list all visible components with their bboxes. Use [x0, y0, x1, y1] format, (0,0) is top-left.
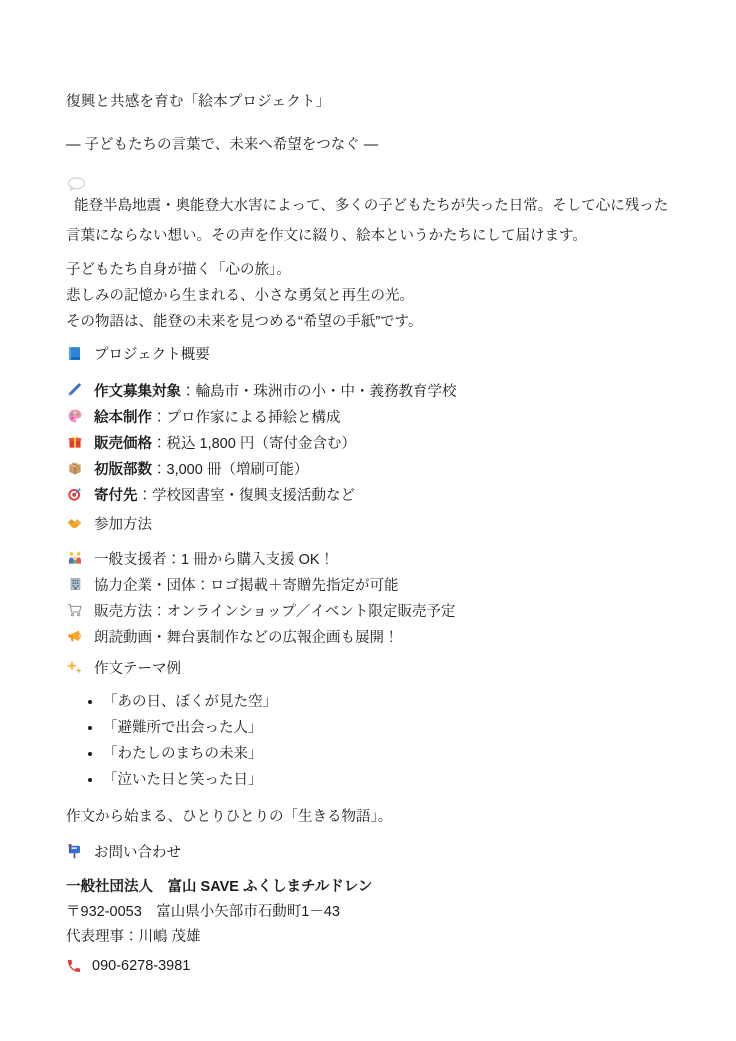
organization-name: 一般社団法人 富山 SAVE ふくしまチルドレン — [66, 875, 670, 900]
closing-line: 作文から始まる、ひとりひとりの「生きる物語」。 — [66, 807, 670, 827]
item-text: 販売方法：オンラインショップ／イベント限定販売予定 — [94, 600, 455, 621]
theme-item: 「あの日、ぼくが見た空」 — [103, 689, 670, 715]
overview-section-heading: プロジェクト概要 — [66, 341, 670, 365]
item-text: 販売価格：税込 1,800 円（寄付金含む） — [94, 432, 356, 453]
document-page: 復興と共感を育む「絵本プロジェクト」 — 子どもたちの言葉で、未来へ希望をつなぐ… — [0, 0, 736, 978]
themes-heading-label: 作文テーマ例 — [94, 657, 181, 678]
themes-list: 「あの日、ぼくが見た空」 「避難所で出会った人」 「わたしのまちの未来」 「泣い… — [66, 689, 670, 793]
speech-bubble-icon — [66, 176, 670, 193]
page-subtitle: — 子どもたちの言葉で、未来へ希望をつなぐ — — [66, 135, 670, 155]
package-icon — [66, 460, 84, 476]
item-text: 絵本制作：プロ作家による挿絵と構成 — [94, 406, 341, 427]
palette-icon — [66, 408, 84, 424]
themes-section-heading: 作文テーマ例 — [66, 655, 670, 679]
list-item: 寄付先：学校図書室・復興支援活動など — [66, 481, 670, 507]
list-item: 販売価格：税込 1,800 円（寄付金含む） — [66, 429, 670, 455]
intro-paragraph: 能登半島地震・奥能登大水害によって、多くの子どもたちが失った日常。そして心に残っ… — [66, 176, 670, 249]
lead-line-3: その物語は、能登の未来を見つめる“希望の手紙”です。 — [66, 309, 670, 335]
item-text: 作文募集対象：輪島市・珠洲市の小・中・義務教育学校 — [94, 380, 457, 401]
intro-text: 能登半島地震・奥能登大水害によって、多くの子どもたちが失った日常。そして心に残っ… — [66, 198, 668, 244]
megaphone-icon — [66, 628, 84, 644]
theme-item: 「泣いた日と笑った日」 — [103, 767, 670, 793]
postbox-icon — [66, 843, 83, 860]
item-text: 一般支援者：1 冊から購入支援 OK！ — [94, 548, 334, 569]
participation-section-heading: 参加方法 — [66, 511, 670, 535]
overview-heading-label: プロジェクト概要 — [94, 343, 210, 364]
item-text: 寄付先：学校図書室・復興支援活動など — [94, 484, 355, 505]
list-item: 朗読動画・舞台裏制作などの広報企画も展開！ — [66, 623, 670, 649]
overview-list: 作文募集対象：輪島市・珠洲市の小・中・義務教育学校 絵本制作：プロ作家による挿絵… — [66, 377, 670, 507]
item-text: 協力企業・団体：ロゴ掲載＋寄贈先指定が可能 — [94, 574, 399, 595]
lead-line-2: 悲しみの記憶から生まれる、小さな勇気と再生の光。 — [66, 283, 670, 309]
representative: 代表理事：川嶋 茂雄 — [66, 925, 670, 950]
theme-item: 「わたしのまちの未来」 — [103, 741, 670, 767]
list-item: 絵本制作：プロ作家による挿絵と構成 — [66, 403, 670, 429]
contact-block: 一般社団法人 富山 SAVE ふくしまチルドレン 〒932-0053 富山県小矢… — [66, 875, 670, 950]
blue-book-icon — [66, 345, 83, 362]
postal-address: 〒932-0053 富山県小矢部市石動町1－43 — [66, 900, 670, 925]
sparkles-icon — [66, 659, 83, 676]
list-item: 初版部数：3,000 冊（増刷可能） — [66, 455, 670, 481]
list-item: 販売方法：オンラインショップ／イベント限定販売予定 — [66, 597, 670, 623]
phone-row: 090-6278-3981 — [66, 954, 670, 978]
gift-icon — [66, 434, 84, 450]
page-title: 復興と共感を育む「絵本プロジェクト」 — [66, 92, 670, 112]
telephone-receiver-icon — [66, 958, 82, 974]
list-item: 一般支援者：1 冊から購入支援 OK！ — [66, 545, 670, 571]
item-text: 初版部数：3,000 冊（増刷可能） — [94, 458, 308, 479]
contact-heading-label: お問い合わせ — [94, 841, 181, 862]
shopping-cart-icon — [66, 602, 84, 618]
target-icon — [66, 486, 84, 502]
item-text: 朗読動画・舞台裏制作などの広報企画も展開！ — [94, 626, 399, 647]
pen-icon — [66, 382, 84, 398]
list-item: 作文募集対象：輪島市・珠洲市の小・中・義務教育学校 — [66, 377, 670, 403]
participation-list: 一般支援者：1 冊から購入支援 OK！ 協力企業・団体：ロゴ掲載＋寄贈先指定が可… — [66, 545, 670, 649]
phone-number: 090-6278-3981 — [92, 958, 190, 974]
family-icon — [66, 550, 84, 566]
contact-section-heading: お問い合わせ — [66, 839, 670, 863]
handshake-icon — [66, 515, 83, 532]
office-building-icon — [66, 576, 84, 592]
list-item: 協力企業・団体：ロゴ掲載＋寄贈先指定が可能 — [66, 571, 670, 597]
lead-line-1: 子どもたち自身が描く「心の旅」。 — [66, 257, 670, 283]
theme-item: 「避難所で出会った人」 — [103, 715, 670, 741]
participation-heading-label: 参加方法 — [94, 513, 152, 534]
